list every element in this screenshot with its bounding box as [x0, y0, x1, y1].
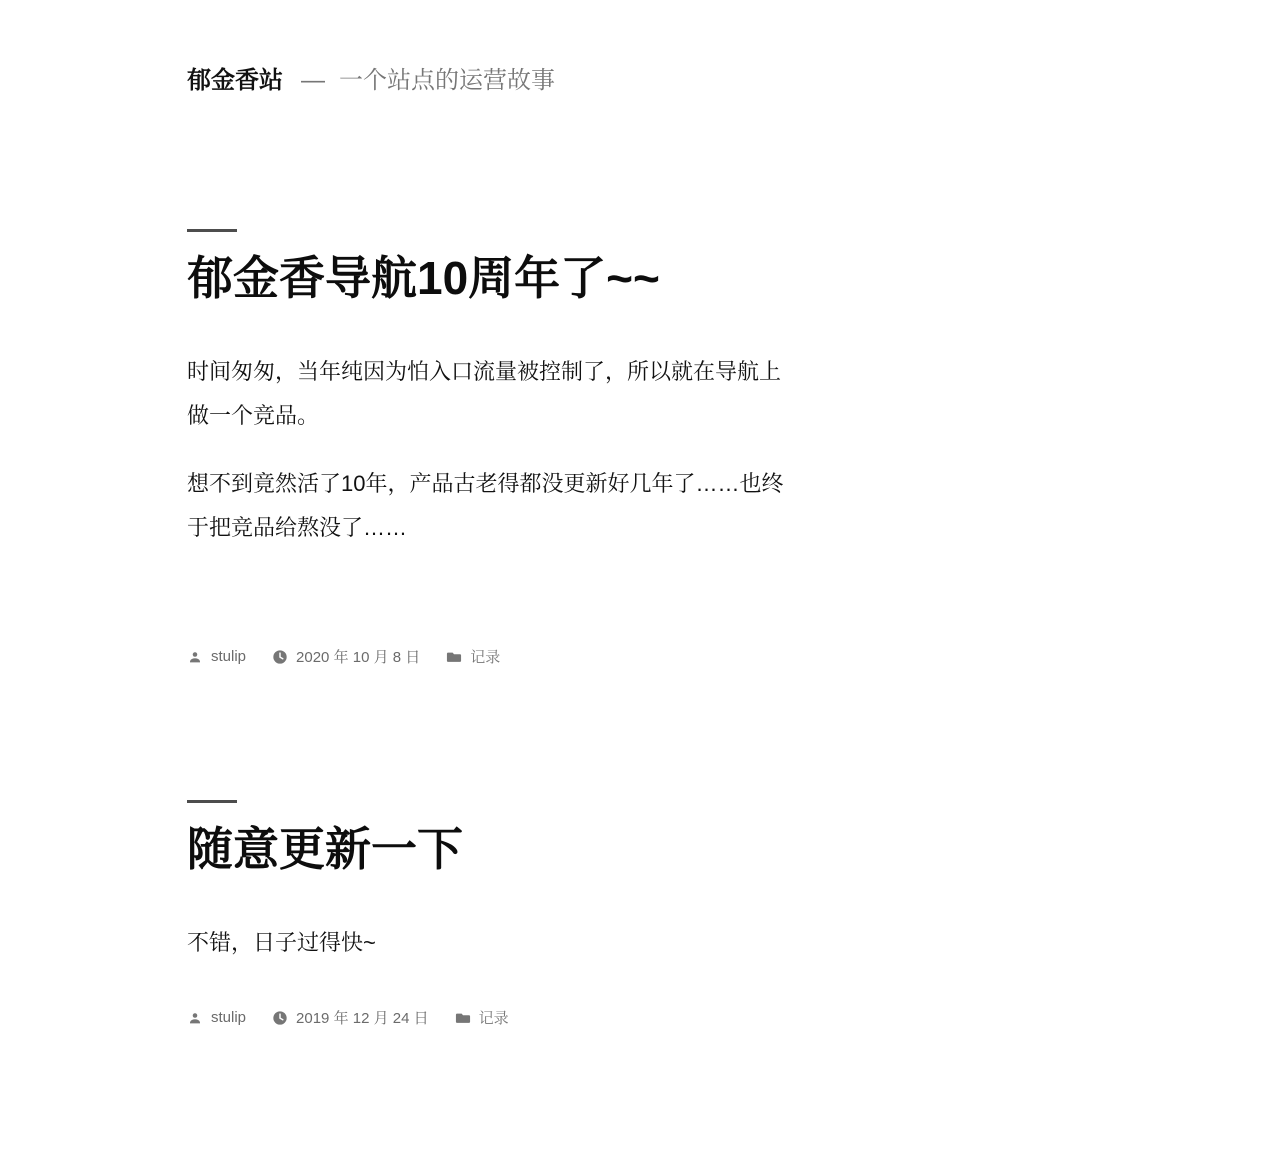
blog-page: 郁金香站—一个站点的运营故事 郁金香导航10周年了~~ 时间匆匆，当年纯因为怕入… [0, 0, 1280, 1167]
folder-icon [455, 1010, 471, 1026]
post-article: 随意更新一下 不错，日子过得快~ stulip [187, 800, 1240, 1028]
category-name: 记录 [479, 1007, 509, 1028]
post-meta: stulip 2020 年 10 月 8 日 记录 [187, 646, 1240, 667]
post-content: 时间匆匆，当年纯因为怕入口流量被控制了，所以就在导航上做一个竞品。 想不到竟然活… [187, 350, 1240, 550]
author-link[interactable]: stulip [187, 648, 246, 665]
post-date-link[interactable]: 2020 年 10 月 8 日 [272, 646, 420, 667]
post-title-link[interactable]: 随意更新一下 [187, 822, 1240, 877]
post-paragraph: 想不到竟然活了10年，产品古老得都没更新好几年了……也终于把竞品给熬没了…… [187, 462, 787, 550]
author-link[interactable]: stulip [187, 1009, 246, 1026]
site-title-link[interactable]: 郁金香站 [187, 67, 283, 94]
post-content: 不错，日子过得快~ [187, 921, 1240, 965]
author-name: stulip [211, 648, 246, 665]
post-paragraph: 不错，日子过得快~ [187, 921, 787, 965]
person-icon [187, 649, 203, 665]
person-icon [187, 1010, 203, 1026]
post-date: 2019 年 12 月 24 日 [296, 1007, 429, 1028]
clock-icon [272, 1010, 288, 1026]
title-decoration-line [187, 229, 237, 232]
post-article: 郁金香导航10周年了~~ 时间匆匆，当年纯因为怕入口流量被控制了，所以就在导航上… [187, 229, 1240, 667]
post-date-link[interactable]: 2019 年 12 月 24 日 [272, 1007, 429, 1028]
category-link[interactable]: 记录 [455, 1007, 509, 1028]
category-link[interactable]: 记录 [446, 646, 500, 667]
clock-icon [272, 649, 288, 665]
post-title-link[interactable]: 郁金香导航10周年了~~ [187, 251, 1240, 306]
title-tagline-separator: — [301, 67, 325, 94]
folder-icon [446, 649, 462, 665]
title-decoration-line [187, 800, 237, 803]
post-paragraph: 时间匆匆，当年纯因为怕入口流量被控制了，所以就在导航上做一个竞品。 [187, 350, 787, 438]
author-name: stulip [211, 1009, 246, 1026]
post-meta: stulip 2019 年 12 月 24 日 记录 [187, 1007, 1240, 1028]
site-header: 郁金香站—一个站点的运营故事 [187, 66, 1240, 96]
category-name: 记录 [470, 646, 500, 667]
post-date: 2020 年 10 月 8 日 [296, 646, 420, 667]
site-tagline: 一个站点的运营故事 [339, 67, 555, 94]
